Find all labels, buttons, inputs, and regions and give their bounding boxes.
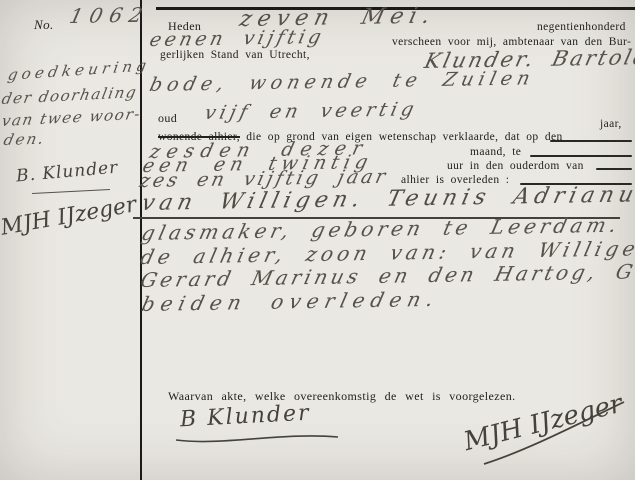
blank-line-death-time [530,155,632,157]
margin-signature-declarant: B. Klunder [15,158,119,187]
signature-registrar-flourish [478,398,628,468]
year-printed-label: negentienhonderd [537,21,626,33]
margin-note-line: der doorhaling [0,83,139,108]
signature-declarant: B Klunder [179,401,311,433]
margin-note-line: van twee woor- [0,105,143,130]
margin-note-line: den. [2,130,47,149]
officiant-line-2: gerlijken Stand van Utrecht, [160,49,310,61]
hour-label: uur in den ouderdom van [447,160,584,172]
signature-declarant-flourish [172,430,342,446]
deceased-detail-line: beiden overleden. [139,287,442,316]
margin-signature-registrar: MJH IJzeger [0,192,138,240]
blank-line-age-at-death [596,168,632,170]
declarant-info-handwritten: bode, wonende te Zuilen [147,67,537,96]
age-label: oud [158,111,177,126]
blank-line-death-date [550,140,632,142]
month-label: maand, te [470,146,521,158]
margin-signature-underline [32,189,110,194]
death-certificate-scan: No. 1062 goedkeuring der doorhaling van … [0,0,635,480]
act-number-value: 1062 [67,3,152,28]
year-handwritten: eenen vijftig [147,26,326,51]
closing-label: Waarvan akte, welke overeenkomstig de we… [168,389,516,404]
age-handwritten: vijf en veertig [202,98,419,124]
act-number-label: No. [34,17,54,33]
year-unit-label: jaar, [600,118,622,130]
margin-note-line: goedkeuring [6,56,151,84]
